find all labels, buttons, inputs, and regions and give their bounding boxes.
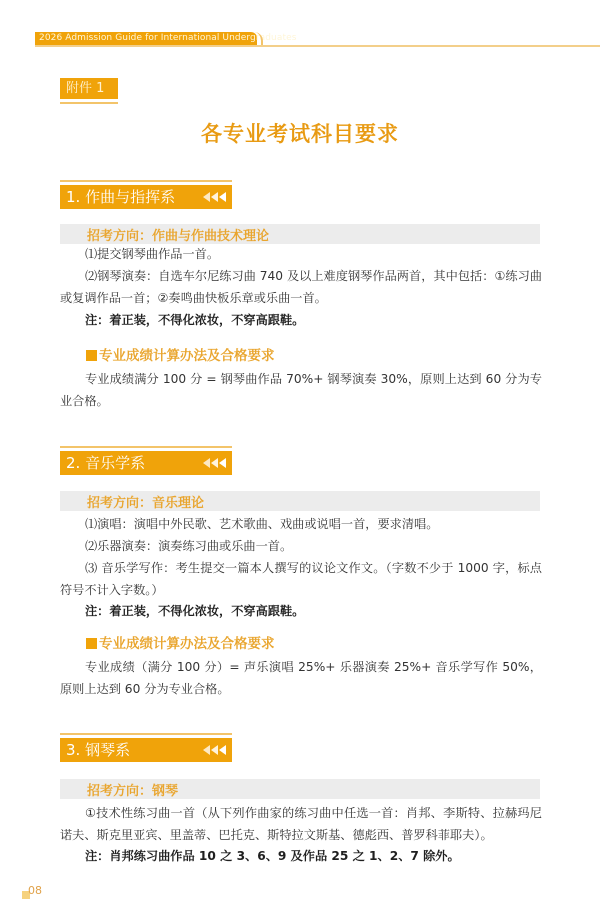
department-bar: 3. 钢琴系 xyxy=(60,738,232,762)
triple-left-arrow-icon xyxy=(203,738,226,762)
header-rule xyxy=(35,45,600,47)
direction-bar: 招考方向：音乐理论 xyxy=(60,491,540,511)
square-bullet-icon xyxy=(86,350,97,361)
department-bar: 2. 音乐学系 xyxy=(60,451,232,475)
exam-note: 注：着正装，不得化浓妆，不穿高跟鞋。 xyxy=(60,601,542,623)
exam-item: ①技术性练习曲一首（从下列作曲家的练习曲中任选一首：肖邦、李斯特、拉赫玛尼诺夫、… xyxy=(60,803,542,846)
department-heading-piano: 3. 钢琴系 xyxy=(60,733,232,762)
score-heading-text: 专业成绩计算办法及合格要求 xyxy=(99,348,275,364)
triple-left-arrow-icon xyxy=(203,451,226,475)
header-tab: 2026 Admission Guide for International U… xyxy=(35,32,257,45)
exam-note: 注：肖邦练习曲作品 10 之 3、6、9 及作品 25 之 1、2、7 除外。 xyxy=(60,846,542,868)
department-heading-composition: 1. 作曲与指挥系 xyxy=(60,180,232,209)
direction-label: 招考方向：作曲与作曲技术理论 xyxy=(87,225,269,244)
exam-item: ⑴演唱：演唱中外民歌、艺术歌曲、戏曲或说唱一首，要求清唱。 xyxy=(60,514,542,536)
exam-item: ⑵乐器演奏：演奏练习曲或乐曲一首。 xyxy=(60,536,542,558)
exam-note: 注：着正装，不得化浓妆，不穿高跟鞋。 xyxy=(60,310,542,332)
exam-item: ⑴提交钢琴曲作品一首。 xyxy=(60,244,542,266)
score-text: 专业成绩（满分 100 分）= 声乐演唱 25%+ 乐器演奏 25%+ 音乐学写… xyxy=(60,657,542,700)
department-topline xyxy=(60,446,232,448)
department-topline xyxy=(60,180,232,182)
exam-item: ⑶ 音乐学写作：考生提交一篇本人撰写的议论文作文。（字数不少于 1000 字，标… xyxy=(60,558,542,601)
department-bar: 1. 作曲与指挥系 xyxy=(60,185,232,209)
attachment-underline xyxy=(60,102,118,104)
department-heading-musicology: 2. 音乐学系 xyxy=(60,446,232,475)
attachment-badge: 附件 1 xyxy=(60,78,118,99)
score-text: 专业成绩满分 100 分 = 钢琴曲作品 70%+ 钢琴演奏 30%，原则上达到… xyxy=(60,369,542,412)
page-title: 各专业考试科目要求 xyxy=(0,118,600,148)
exam-item: ⑵钢琴演奏：自选车尔尼练习曲 740 及以上难度钢琴作品两首，其中包括：①练习曲… xyxy=(60,266,542,309)
score-heading: 专业成绩计算办法及合格要求 xyxy=(86,344,275,364)
square-bullet-icon xyxy=(86,638,97,649)
direction-label: 招考方向：音乐理论 xyxy=(87,492,204,511)
running-header: 2026 Admission Guide for International U… xyxy=(35,32,600,46)
direction-label: 招考方向：钢琴 xyxy=(87,780,178,799)
score-heading-text: 专业成绩计算办法及合格要求 xyxy=(99,636,275,652)
department-topline xyxy=(60,733,232,735)
department-title: 2. 音乐学系 xyxy=(66,454,145,472)
score-heading: 专业成绩计算办法及合格要求 xyxy=(86,632,275,652)
page-number: 08 xyxy=(28,884,42,897)
department-title: 1. 作曲与指挥系 xyxy=(66,188,175,206)
direction-bar: 招考方向：钢琴 xyxy=(60,779,540,799)
direction-bar: 招考方向：作曲与作曲技术理论 xyxy=(60,224,540,244)
department-title: 3. 钢琴系 xyxy=(66,741,130,759)
triple-left-arrow-icon xyxy=(203,185,226,209)
